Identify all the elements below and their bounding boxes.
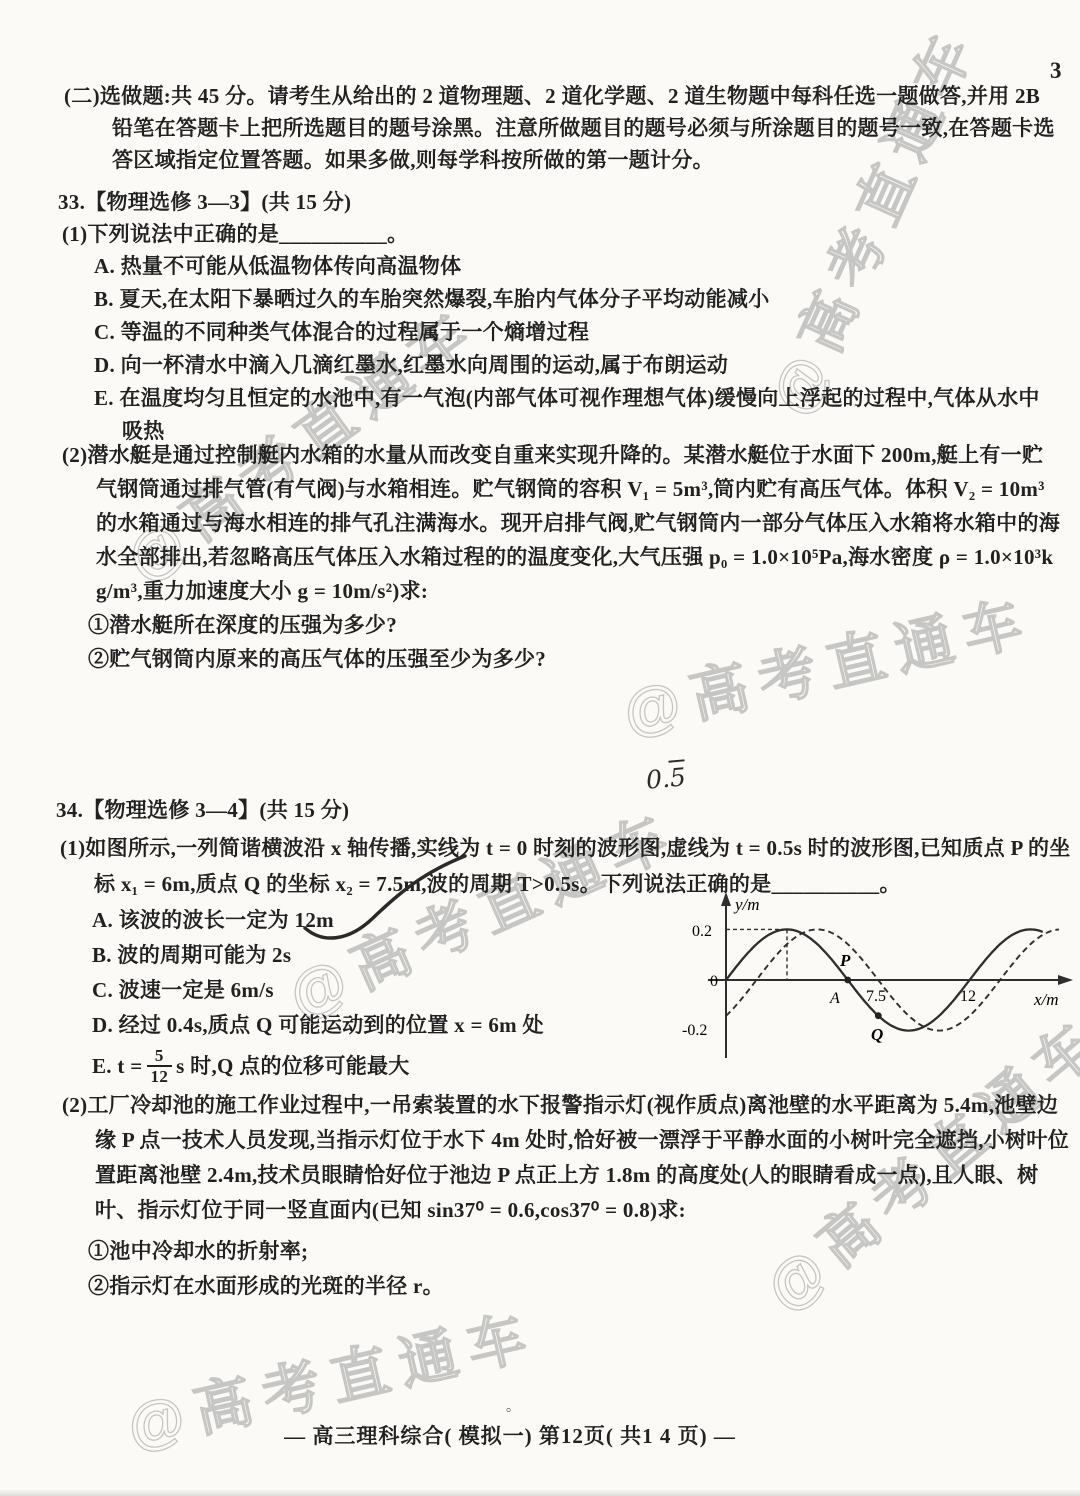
y-tick-0: 0 [710,973,718,990]
option-33-b: B. 夏天,在太阳下暴晒过久的车胎突然爆裂,车胎内气体分子平均动能减小 [94,283,1044,316]
y-axis-arrow [721,892,731,906]
x-axis-arrow [1058,975,1073,985]
x-tick-A: A [829,990,840,1007]
option-33-d: D. 向一杯清水中滴入几滴红墨水,红墨水向周围的运动,属于布朗运动 [94,349,1044,382]
x-tick-75: 7.5 [866,988,886,1005]
option-34-e: E. t = 5 12 s 时,Q 点的位移可能最大 [92,1047,692,1086]
y-axis-label: y/m [733,895,760,914]
handwritten-check-swoosh [293,846,483,951]
scan-edge-shadow [0,1489,1080,1496]
handwritten-mark: 0.5 [645,762,687,794]
question-33-part2: (2)潜水艇是通过控制艇内水箱的水量从而改变自重来实现升降的。某潜水艇位于水面下… [62,438,1064,676]
option-33-a: A. 热量不可能从低温物体传向高温物体 [94,250,1044,283]
wave-diagram: y/m 0.2 0 -0.2 A 7.5 12 x/m P Q [682,884,1080,1070]
option-33-c: C. 等温的不同种类气体混合的过程属于一个熵增过程 [94,316,1044,349]
question-33-part2-sub2: ②贮气钢筒内原来的高压气体的压强至少为多少? [88,642,1064,676]
point-Q [875,1012,882,1019]
question-33-part1-stem: (1)下列说法中正确的是__________。 [62,218,408,251]
option-34-d: D. 经过 0.4s,质点 Q 可能运动到的位置 x = 6m 处 [92,1008,692,1043]
handwritten-dot: 。 [506,1396,520,1416]
question-33-title: 33.【物理选修 3—3】(共 15 分) [58,186,351,219]
section-instructions: (二)选做题:共 45 分。请考生从给出的 2 道物理题、2 道化学题、2 道生… [64,80,1064,176]
x-axis-label: x/m [1033,990,1059,1009]
page-footer: — 高三理科综合( 模拟一) 第12页( 共1 4 页) — [180,1420,840,1450]
question-33-part2-sub1: ①潜水艇所在深度的压强为多少? [88,608,1064,642]
point-Q-label: Q [871,1025,883,1044]
point-P [844,977,851,984]
exam-page: @高考直通车 @高考直通车 @高考直通车 @高考直通车 @高考直通车 @高考直通… [0,0,1080,1496]
point-P-label: P [839,951,851,970]
question-34-part2: (2)工厂冷却池的施工作业过程中,一吊索装置的水下报警指示灯(视作质点)离池壁的… [62,1088,1070,1304]
y-tick-02: 0.2 [692,923,712,940]
question-34-part2-sub1: ①池中冷却水的折射率; [88,1234,1070,1269]
question-33-part2-text: (2)潜水艇是通过控制艇内水箱的水量从而改变自重来实现升降的。某潜水艇位于水面下… [62,443,1060,603]
option-34-c: C. 波速一定是 6m/s [92,973,692,1008]
question-33-options: A. 热量不可能从低温物体传向高温物体 B. 夏天,在太阳下暴晒过久的车胎突然爆… [94,250,1044,448]
question-34-part2-sub2: ②指示灯在水面形成的光斑的半径 r。 [88,1269,1070,1304]
fraction-5-12: 5 12 [147,1047,173,1086]
y-tick-neg02: -0.2 [682,1022,707,1039]
question-34-title: 34.【物理选修 3—4】(共 15 分) [56,794,349,827]
question-34-part2-text: (2)工厂冷却池的施工作业过程中,一吊索装置的水下报警指示灯(视作质点)离池壁的… [62,1093,1069,1222]
